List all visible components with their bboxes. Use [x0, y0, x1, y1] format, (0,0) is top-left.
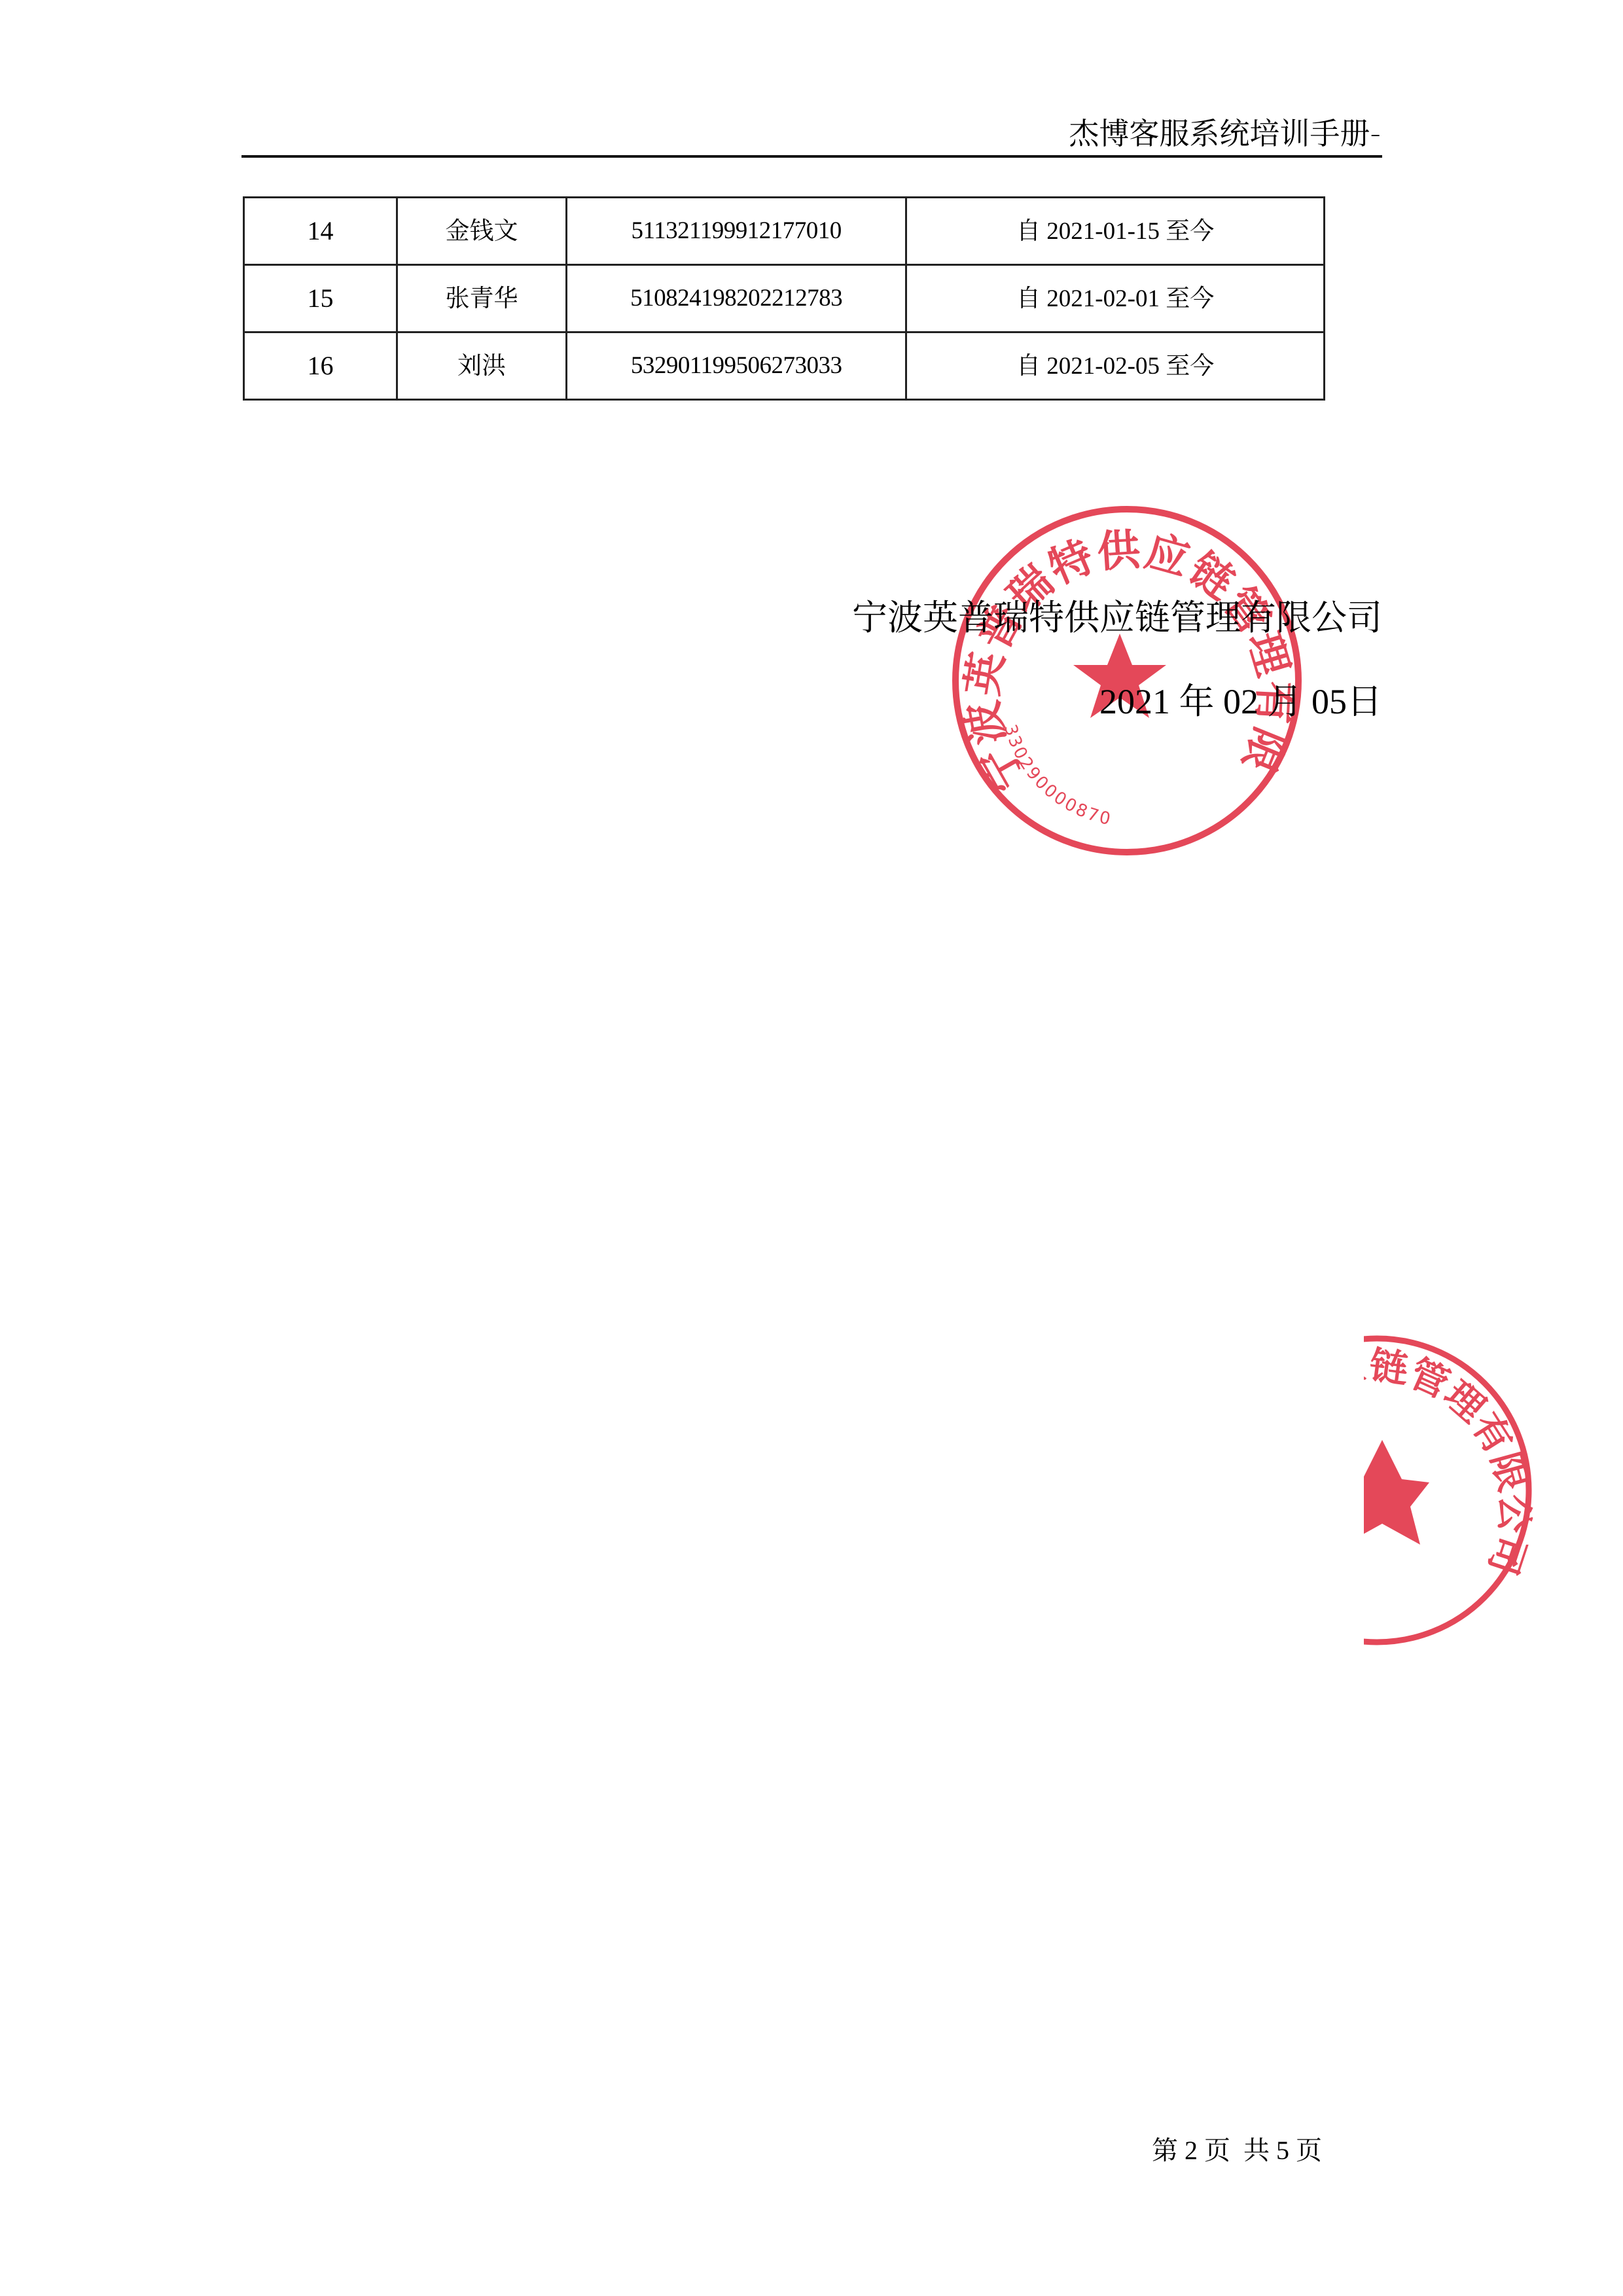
period-suffix: 至今	[1166, 217, 1214, 245]
star-icon	[1073, 634, 1166, 718]
employment-period: 自 2021-02-05 至今	[906, 332, 1325, 400]
period-prefix: 自	[1016, 351, 1041, 380]
table-row: 15 张青华 510824198202212783 自 2021-02-01 至…	[244, 265, 1325, 332]
period-date: 2021-02-01	[1046, 285, 1160, 312]
page-prefix: 第	[1152, 2136, 1178, 2166]
employee-table: 14 金钱文 511321199912177010 自 2021-01-15 至…	[243, 196, 1325, 401]
page-total: 5	[1276, 2136, 1289, 2165]
row-number: 16	[244, 332, 397, 400]
period-prefix: 自	[1016, 217, 1041, 245]
table-row: 14 金钱文 511321199912177010 自 2021-01-15 至…	[244, 198, 1325, 265]
id-number: 532901199506273033	[567, 332, 906, 400]
employment-period: 自 2021-01-15 至今	[906, 198, 1325, 265]
employee-name: 金钱文	[397, 198, 566, 265]
page-number: 第 2 页 共 5 页	[1152, 2135, 1348, 2166]
date-day-unit: 日	[1347, 681, 1382, 722]
company-seal: 宁波英普瑞特供应链管理有限公司 3302900008708	[942, 497, 1315, 870]
row-number: 15	[244, 265, 397, 332]
period-prefix: 自	[1016, 284, 1041, 312]
period-date: 2021-02-05	[1046, 353, 1160, 380]
id-number: 510824198202212783	[567, 265, 906, 332]
page-current: 2	[1185, 2136, 1198, 2165]
star-icon	[1364, 1440, 1429, 1545]
employment-period: 自 2021-02-01 至今	[906, 265, 1325, 332]
employee-name: 张青华	[397, 265, 566, 332]
seam-seal-graphic: 宁波英普瑞特供应链管理有限公司	[1364, 1329, 1541, 1656]
period-suffix: 至今	[1166, 351, 1214, 380]
total-prefix: 共	[1243, 2136, 1270, 2166]
page-unit: 页	[1204, 2136, 1230, 2166]
date-day: 05	[1311, 682, 1347, 721]
seal-graphic: 宁波英普瑞特供应链管理有限公司 3302900008708	[942, 497, 1315, 870]
row-number: 14	[244, 198, 397, 265]
header-divider	[241, 155, 1382, 158]
page-seam-seal: 宁波英普瑞特供应链管理有限公司	[1364, 1329, 1541, 1656]
document-header-title: 杰博客服系统培训手册-	[1021, 115, 1381, 152]
period-date: 2021-01-15	[1046, 218, 1160, 245]
period-suffix: 至今	[1166, 284, 1214, 312]
id-number: 511321199912177010	[567, 198, 906, 265]
employee-name: 刘洪	[397, 332, 566, 400]
table-row: 16 刘洪 532901199506273033 自 2021-02-05 至今	[244, 332, 1325, 400]
total-unit: 页	[1296, 2136, 1322, 2166]
